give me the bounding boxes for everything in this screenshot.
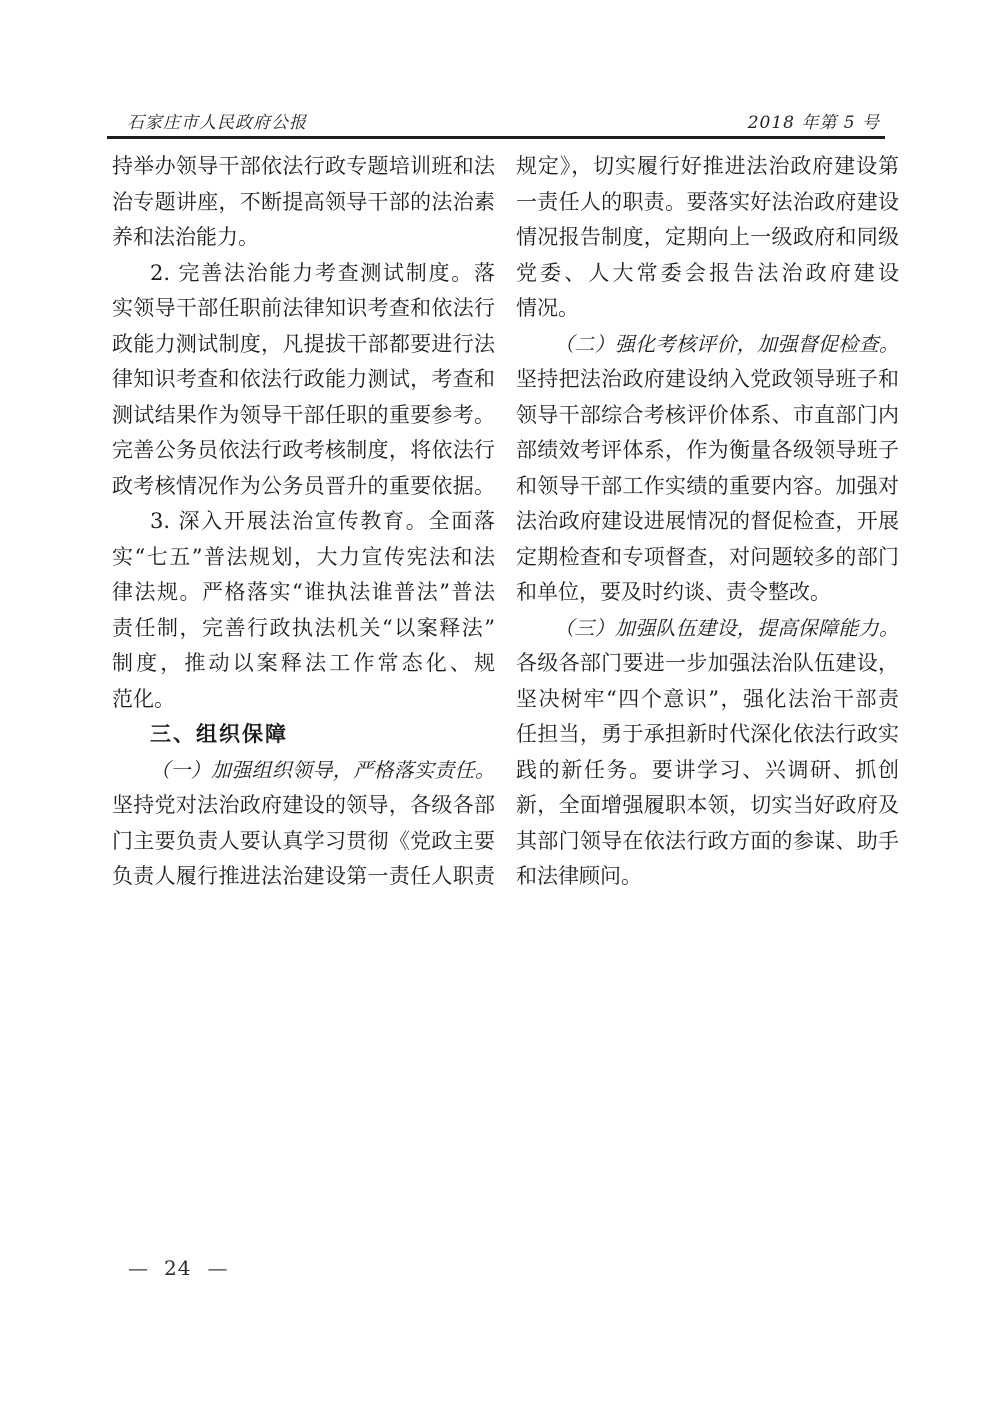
left-column: 持举办领导干部依法行政专题培训班和法治专题讲座，不断提高领导干部的法治素养和法治…	[112, 149, 495, 895]
text-line: 一责任人的职责。要落实好法治政府建设	[516, 185, 899, 221]
text-line: 坚持把法治政府建设纳入党政领导班子和	[516, 362, 899, 398]
text-line: 政考核情况作为公务员晋升的重要依据。	[112, 469, 495, 505]
text-line: 律知识考查和依法行政能力测试，考查和	[112, 362, 495, 398]
text-line: 情况。	[516, 291, 899, 327]
text-line: 坚持党对法治政府建设的领导，各级各部	[112, 788, 495, 824]
right-column: 规定》，切实履行好推进法治政府建设第一责任人的职责。要落实好法治政府建设情况报告…	[516, 149, 899, 895]
text-line: 定期检查和专项督查，对问题较多的部门	[516, 540, 899, 576]
text-line: 测试结果作为领导干部任职的重要参考。	[112, 398, 495, 434]
text-line: 2. 完善法治能力考查测试制度。落	[112, 256, 495, 292]
text-line: 情况报告制度，定期向上一级政府和同级	[516, 220, 899, 256]
text-line: 各级各部门要进一步加强法治队伍建设，	[516, 646, 899, 682]
footer-dash-left: —	[128, 1256, 148, 1280]
text-line: 新，全面增强履职本领，切实当好政府及	[516, 788, 899, 824]
text-line: 3. 深入开展法治宣传教育。全面落	[112, 504, 495, 540]
text-line: 其部门领导在依法行政方面的参谋、助手	[516, 824, 899, 860]
text-line: 和单位，要及时约谈、责令整改。	[516, 575, 899, 611]
text-line: （二）强化考核评价，加强督促检查。	[516, 327, 899, 363]
text-line: 践的新任务。要讲学习、兴调研、抓创	[516, 753, 899, 789]
text-line: 实“七五”普法规划，大力宣传宪法和法	[112, 540, 495, 576]
text-line: （一）加强组织领导，严格落实责任。	[112, 753, 495, 789]
header-rule	[107, 136, 885, 139]
text-line: 养和法治能力。	[112, 220, 495, 256]
text-line: 范化。	[112, 682, 495, 718]
page-number: 24	[164, 1256, 191, 1280]
text-line: 政能力测试制度，凡提拔干部都要进行法	[112, 327, 495, 363]
text-line: 三、组织保障	[112, 717, 495, 753]
text-line: 和法律顾问。	[516, 859, 899, 895]
footer-dash-right: —	[207, 1256, 227, 1280]
text-line: 律法规。严格落实“谁执法谁普法”普法	[112, 575, 495, 611]
page-footer: — 24 —	[128, 1256, 227, 1280]
issue-number: 2018 年第 5 号	[748, 108, 880, 133]
text-line: 规定》，切实履行好推进法治政府建设第	[516, 149, 899, 185]
text-line: 持举办领导干部依法行政专题培训班和法	[112, 149, 495, 185]
text-line: 治专题讲座，不断提高领导干部的法治素	[112, 185, 495, 221]
text-line: 任担当，勇于承担新时代深化依法行政实	[516, 717, 899, 753]
text-line: 和领导干部工作实绩的重要内容。加强对	[516, 469, 899, 505]
text-line: 制度，推动以案释法工作常态化、规	[112, 646, 495, 682]
publication-title: 石家庄市人民政府公报	[127, 108, 307, 133]
text-line: 坚决树牢“四个意识”，强化法治干部责	[516, 682, 899, 718]
text-line: 领导干部综合考核评价体系、市直部门内	[516, 398, 899, 434]
gazette-page: 石家庄市人民政府公报 2018 年第 5 号 持举办领导干部依法行政专题培训班和…	[0, 0, 1000, 1414]
text-line: 部绩效考评体系，作为衡量各级领导班子	[516, 433, 899, 469]
text-line: （三）加强队伍建设，提高保障能力。	[516, 611, 899, 647]
text-line: 负责人履行推进法治建设第一责任人职责	[112, 859, 495, 895]
text-line: 完善公务员依法行政考核制度，将依法行	[112, 433, 495, 469]
text-line: 门主要负责人要认真学习贯彻《党政主要	[112, 824, 495, 860]
text-line: 责任制，完善行政执法机关“以案释法”	[112, 611, 495, 647]
text-line: 实领导干部任职前法律知识考查和依法行	[112, 291, 495, 327]
text-line: 法治政府建设进展情况的督促检查，开展	[516, 504, 899, 540]
text-line: 党委、人大常委会报告法治政府建设	[516, 256, 899, 292]
